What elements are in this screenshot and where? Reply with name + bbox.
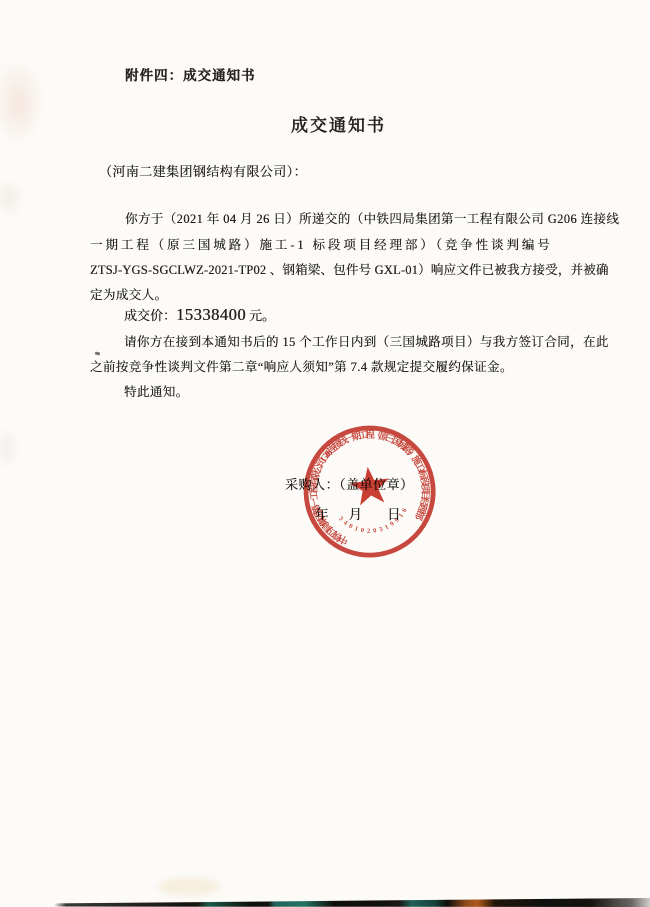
price-value: 15338400 bbox=[176, 305, 246, 324]
scan-smudge-bottom bbox=[158, 877, 220, 896]
body-paragraph2-line1: 请你方在接到本通知书后的 15 个工作日内到（三国城路项目）与我方签订合同，在此 bbox=[124, 332, 609, 350]
document-title: 成交通知书 bbox=[291, 111, 386, 136]
seal-number-container: 3401020319916 bbox=[336, 504, 413, 539]
seal-star-icon bbox=[348, 464, 392, 506]
attachment-heading: 附件四：成交通知书 bbox=[125, 64, 256, 84]
company-seal-stamp: 中铁四局集团第一工程有限公司G206连接线一期工程（原三国城路）施工-1标段项目… bbox=[283, 404, 456, 577]
recipient-line: （河南二建集团钢结构有限公司）： bbox=[99, 161, 307, 180]
scan-edge-artifact bbox=[54, 898, 650, 907]
scan-ink-speck bbox=[95, 352, 101, 356]
scan-smudge-top-left bbox=[0, 58, 44, 146]
closing-line: 特此通知。 bbox=[124, 382, 189, 400]
price-line: 成交价：15338400元。 bbox=[124, 305, 275, 325]
scan-smudge-left-upper bbox=[0, 178, 24, 218]
body-paragraph1-line3: ZTSJ-YGS-SGCLWZ-2021-TP02 、钢箱梁、包件号 GXL-0… bbox=[90, 260, 609, 278]
body-paragraph1-line1: 你方于（2021 年 04 月 26 日）所递交的（中铁四局集团第一工程有限公司… bbox=[125, 209, 619, 227]
price-label: 成交价： bbox=[124, 308, 176, 323]
body-paragraph2-line2: 之前按竞争性谈判文件第二章“响应人须知”第 7.4 款规定提交履约保证金。 bbox=[90, 357, 513, 375]
seal-number: 3401020319916 bbox=[336, 504, 413, 539]
scan-smudge-left-lower bbox=[0, 425, 20, 471]
body-paragraph1-line4: 定为成交人。 bbox=[90, 285, 167, 303]
body-paragraph1-line2: 一期工程（原三国城路）施工-1 标段项目经理部）（竞争性谈判编号 bbox=[90, 235, 553, 253]
price-unit: 元。 bbox=[249, 308, 275, 323]
